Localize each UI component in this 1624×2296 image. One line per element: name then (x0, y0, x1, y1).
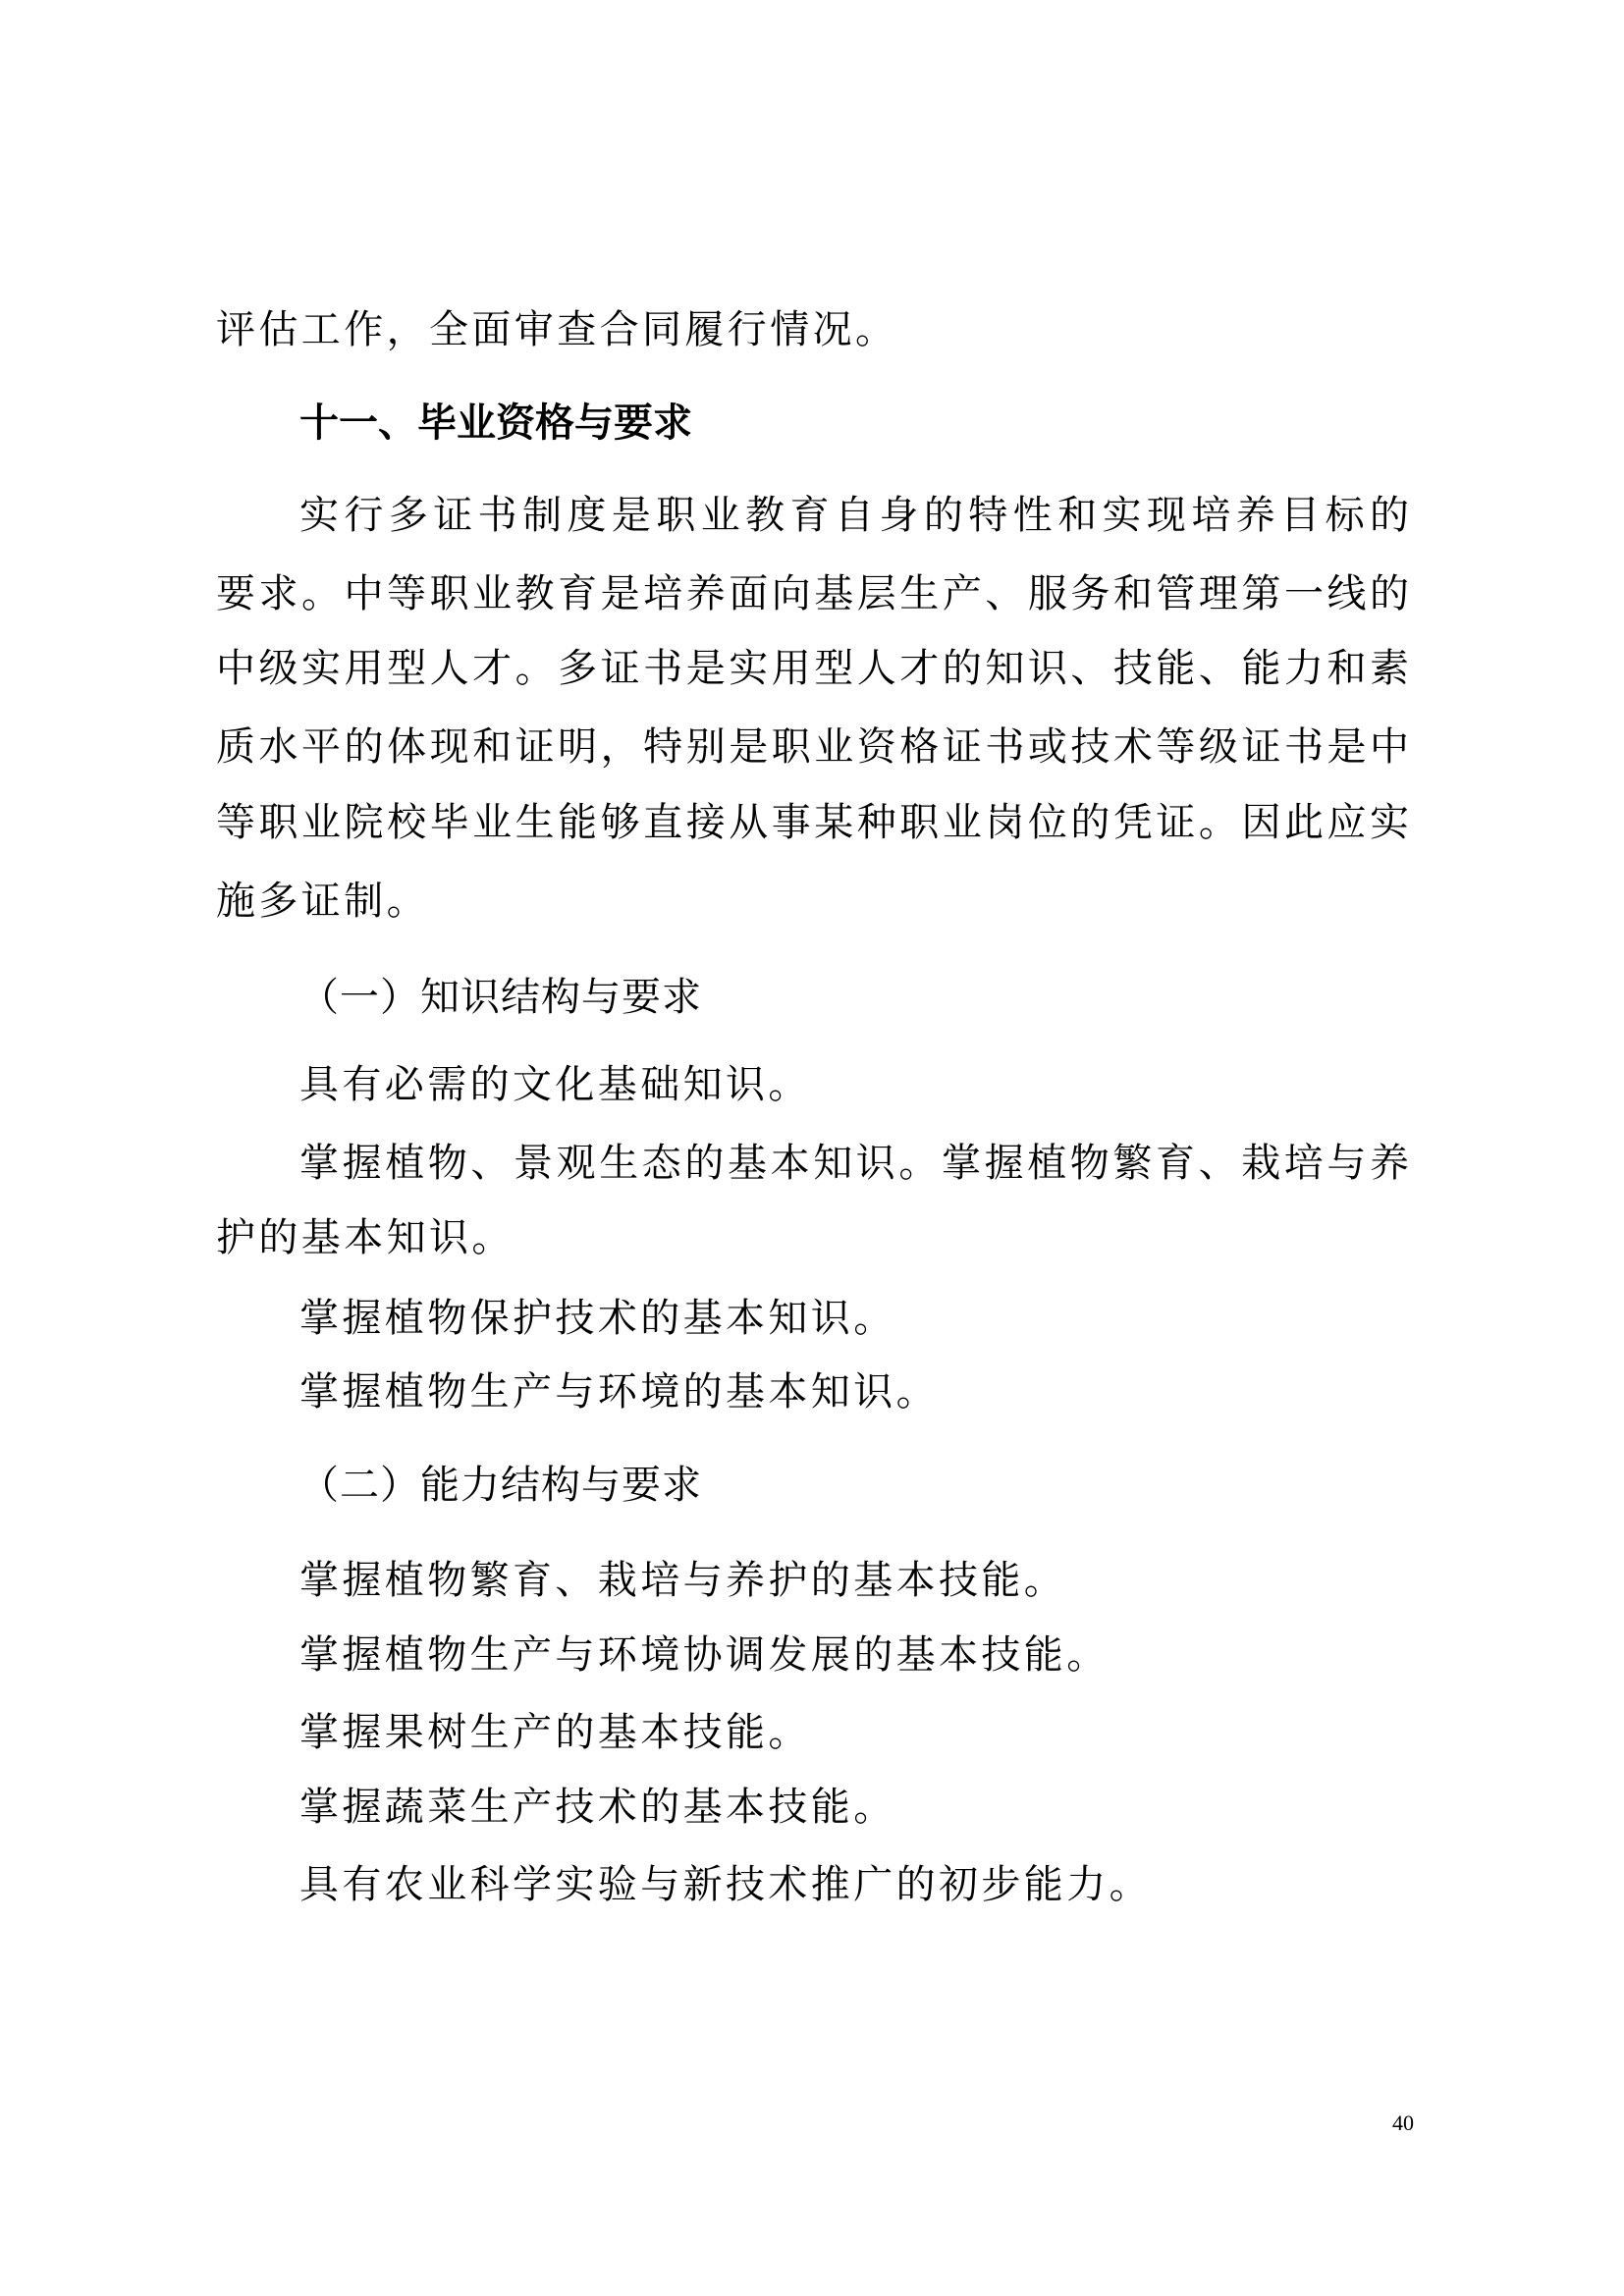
paragraph-line: 等职业院校毕业生能够直接从事某种职业岗位的凭证。因此应实 (216, 799, 1409, 846)
list-item: 掌握果树生产的基本技能。 (299, 1709, 1517, 1756)
paragraph-line: 中级实用型人才。多证书是实用型人才的知识、技能、能力和素 (216, 645, 1409, 692)
list-item-continuation: 护的基本知识。 (216, 1214, 1434, 1261)
page-number: 40 (1392, 2110, 1414, 2136)
paragraph-line: 质水平的体现和证明，特别是职业资格证书或技术等级证书是中 (216, 723, 1409, 771)
list-item: 掌握植物生产与环境协调发展的基本技能。 (299, 1631, 1517, 1679)
paragraph-line: 施多证制。 (216, 878, 1434, 925)
subsection-title-knowledge: （一）知识结构与要求 (299, 974, 1517, 1021)
list-item: 掌握蔬菜生产技术的基本技能。 (299, 1784, 1517, 1831)
subsection-title-ability: （二）能力结构与要求 (299, 1462, 1517, 1509)
list-item: 具有农业科学实验与新技术推广的初步能力。 (299, 1861, 1517, 1908)
document-page: 评估工作，全面审查合同履行情况。 十一、毕业资格与要求 实行多证书制度是职业教育… (0, 0, 1624, 2296)
paragraph-line: 实行多证书制度是职业教育自身的特性和实现培养目标的 (299, 492, 1409, 539)
list-item: 掌握植物繁育、栽培与养护的基本技能。 (299, 1557, 1517, 1604)
list-item: 掌握植物保护技术的基本知识。 (299, 1295, 1517, 1342)
list-item: 具有必需的文化基础知识。 (299, 1061, 1517, 1108)
list-item: 掌握植物生产与环境的基本知识。 (299, 1368, 1517, 1415)
continuation-line: 评估工作，全面审查合同履行情况。 (216, 306, 1434, 353)
paragraph-line: 要求。中等职业教育是培养面向基层生产、服务和管理第一线的 (216, 570, 1409, 617)
list-item: 掌握植物、景观生态的基本知识。掌握植物繁育、栽培与养 (299, 1140, 1409, 1187)
section-title: 十一、毕业资格与要求 (299, 400, 1517, 447)
